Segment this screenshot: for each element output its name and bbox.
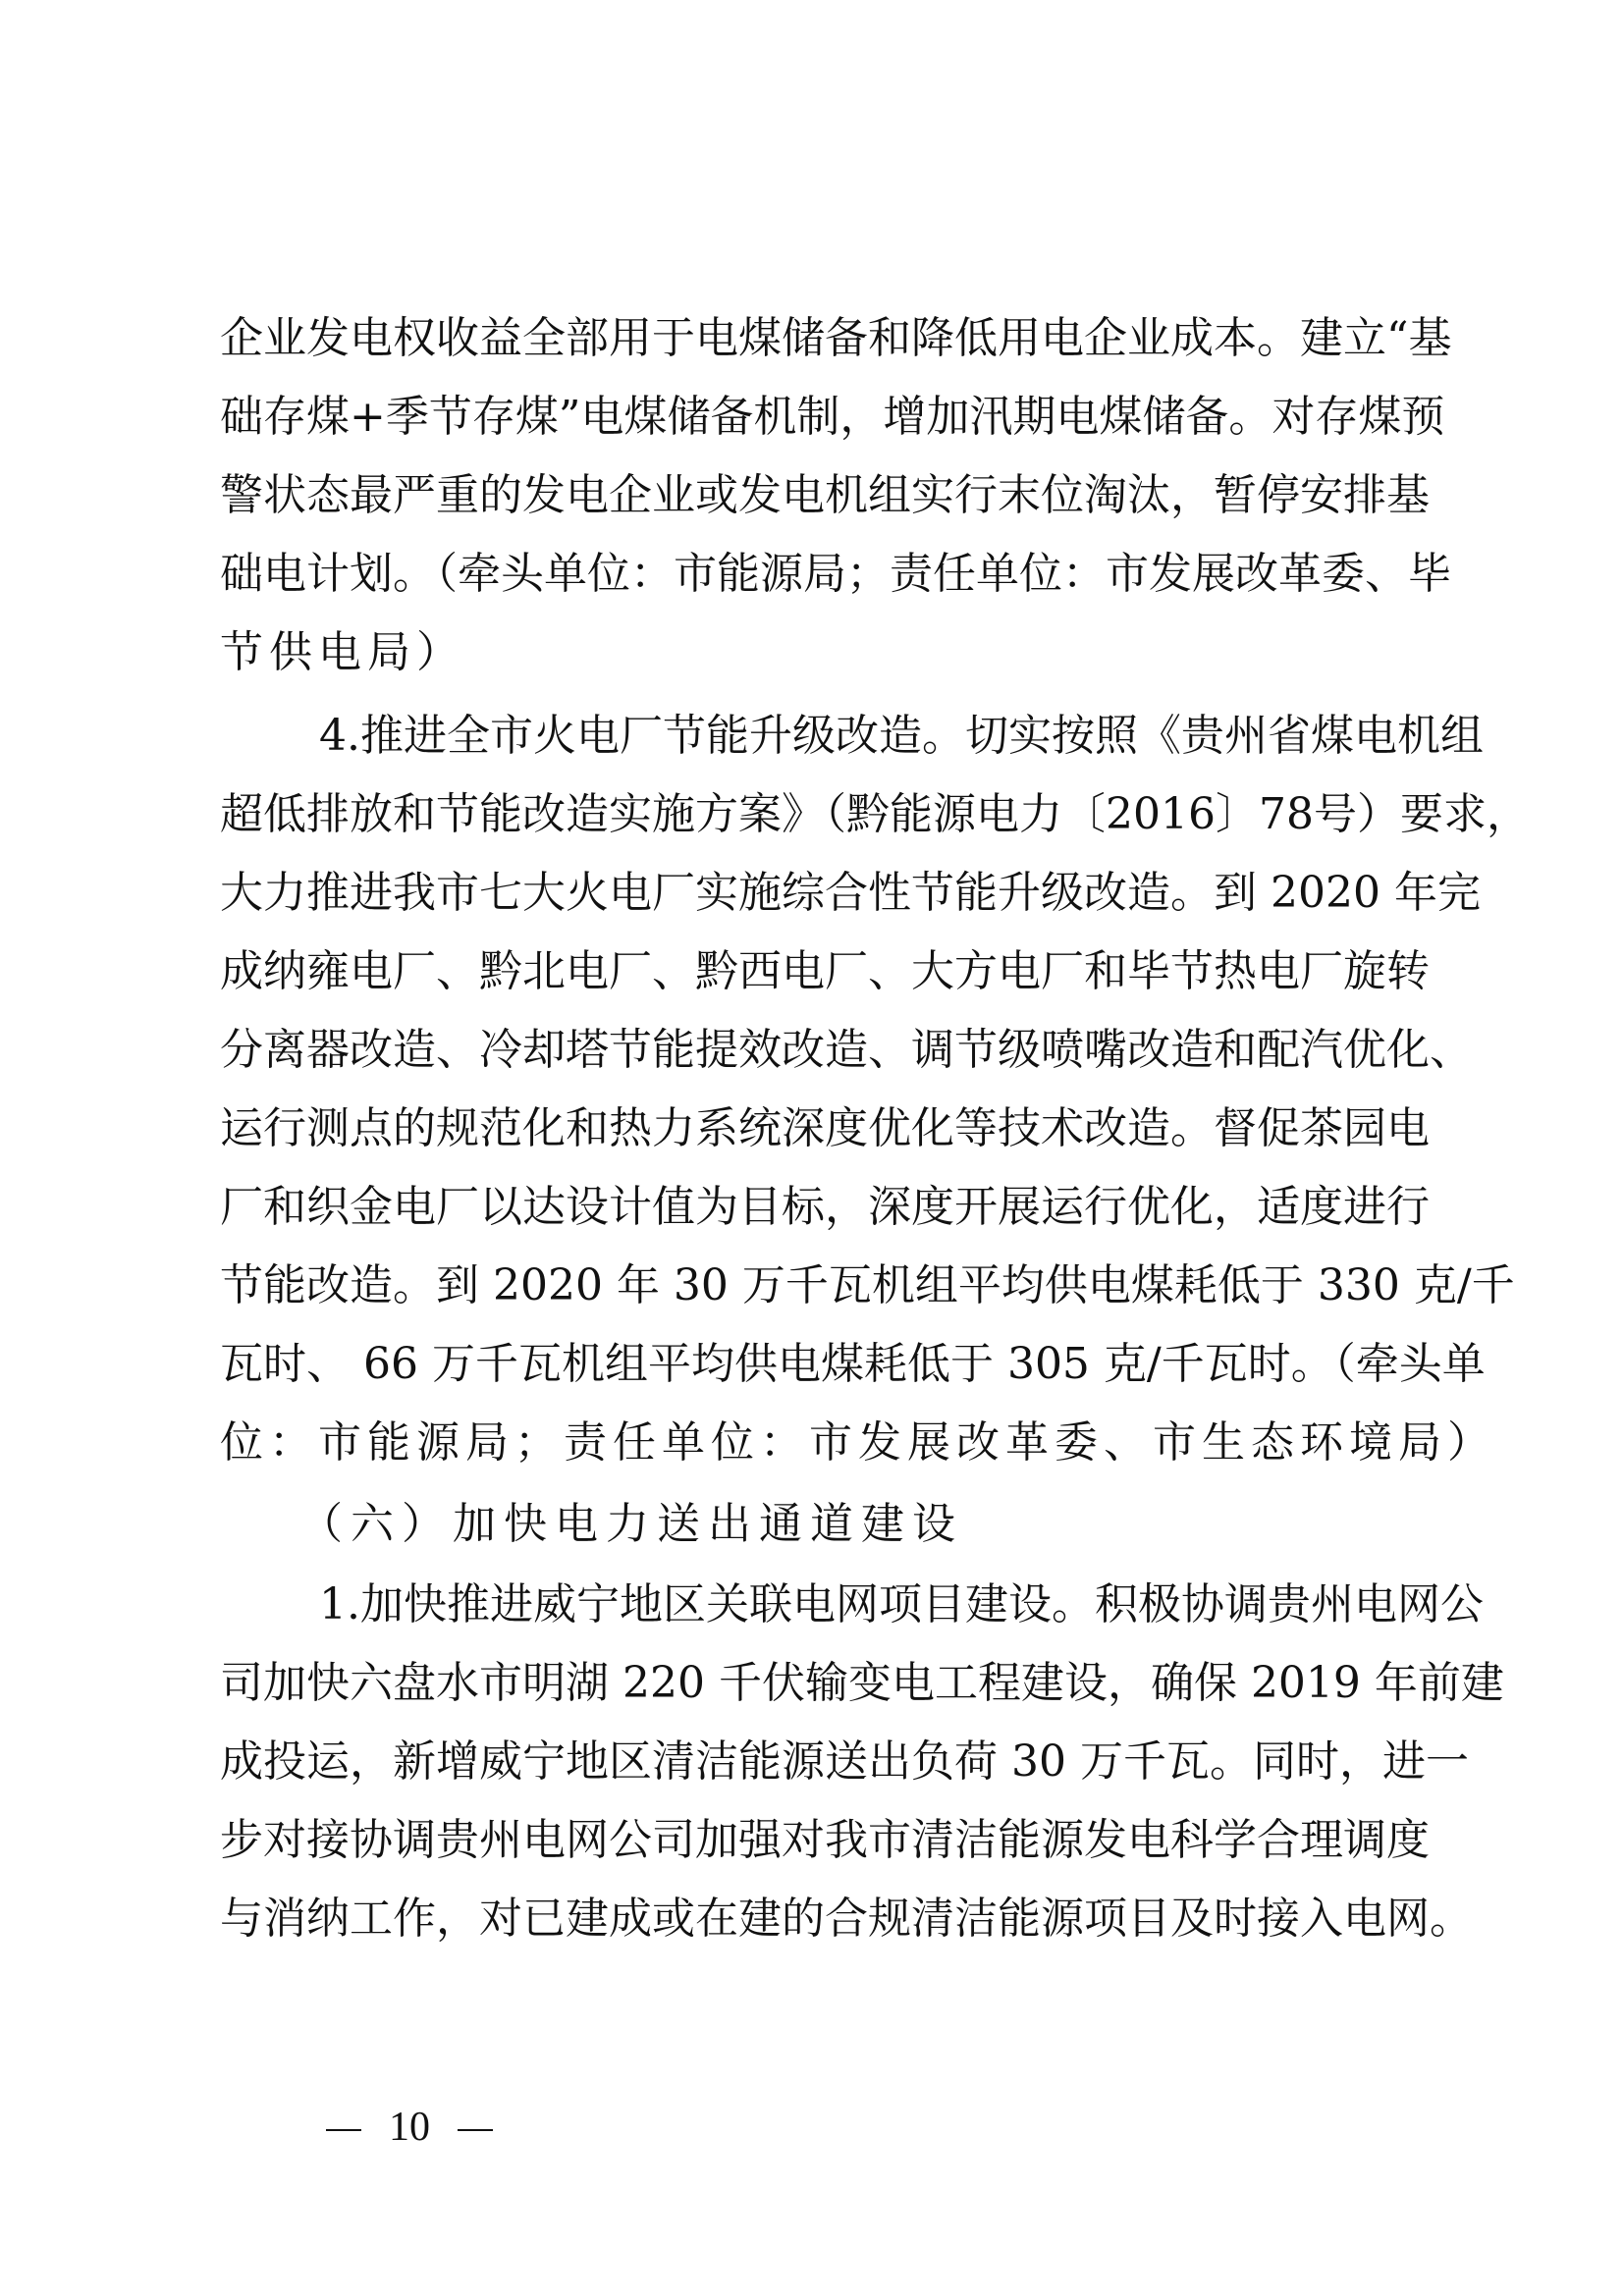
text-line: 瓦时、 66 万千瓦机组平均供电煤耗低于 305 克/千瓦时。（牵头单 bbox=[220, 1335, 1416, 1394]
text-line: 厂和织金电厂以达设计值为目标，深度开展运行优化，适度进行 bbox=[220, 1178, 1416, 1237]
document-page: 企业发电权收益全部用于电煤储备和降低用电企业成本。建立“基 础存煤+季节存煤”电… bbox=[0, 0, 1623, 2296]
text-line: 超低排放和节能改造实施方案》（黔能源电力〔2016〕78号）要求， bbox=[220, 785, 1416, 844]
text-line: 础电计划。（牵头单位：市能源局；责任单位：市发展改革委、毕 bbox=[220, 545, 1416, 604]
page-number: 10 bbox=[257, 2054, 520, 2201]
dash-right bbox=[458, 2129, 493, 2131]
page-number-value: 10 bbox=[389, 2105, 430, 2150]
text-line: 4.推进全市火电厂节能升级改造。切实按照《贵州省煤电机组 bbox=[319, 707, 1416, 766]
text-line: 1.加快推进威宁地区关联电网项目建设。积极协调贵州电网公 bbox=[319, 1575, 1416, 1634]
text-line: 企业发电权收益全部用于电煤储备和降低用电企业成本。建立“基 bbox=[220, 309, 1416, 368]
text-line: 大力推进我市七大火电厂实施综合性节能升级改造。到 2020 年完 bbox=[220, 864, 1416, 923]
text-line: 节供电局） bbox=[220, 623, 1416, 682]
text-line: 分离器改造、冷却塔节能提效改造、调节级喷嘴改造和配汽优化、 bbox=[220, 1021, 1416, 1080]
dash-left bbox=[326, 2129, 361, 2131]
text-line: 司加快六盘水市明湖 220 千伏输变电工程建设，确保 2019 年前建 bbox=[220, 1654, 1416, 1713]
text-line: 成投运，新增威宁地区清洁能源送出负荷 30 万千瓦。同时，进一 bbox=[220, 1733, 1416, 1791]
text-line: 警状态最严重的发电企业或发电机组实行末位淘汰，暂停安排基 bbox=[220, 466, 1416, 525]
text-line: 步对接协调贵州电网公司加强对我市清洁能源发电科学合理调度 bbox=[220, 1811, 1416, 1870]
text-line: 运行测点的规范化和热力系统深度优化等技术改造。督促茶园电 bbox=[220, 1099, 1416, 1158]
text-line: 节能改造。到 2020 年 30 万千瓦机组平均供电煤耗低于 330 克/千 bbox=[220, 1256, 1416, 1315]
text-line: 成纳雍电厂、黔北电厂、黔西电厂、大方电厂和毕节热电厂旋转 bbox=[220, 942, 1416, 1001]
text-line: 与消纳工作，对已建成或在建的合规清洁能源项目及时接入电网。 bbox=[220, 1890, 1416, 1949]
section-heading: （六）加快电力送出通道建设 bbox=[299, 1495, 987, 1554]
text-line: 位：市能源局；责任单位：市发展改革委、市生态环境局） bbox=[220, 1414, 1416, 1472]
text-line: 础存煤+季节存煤”电煤储备机制，增加汛期电煤储备。对存煤预 bbox=[220, 388, 1416, 447]
